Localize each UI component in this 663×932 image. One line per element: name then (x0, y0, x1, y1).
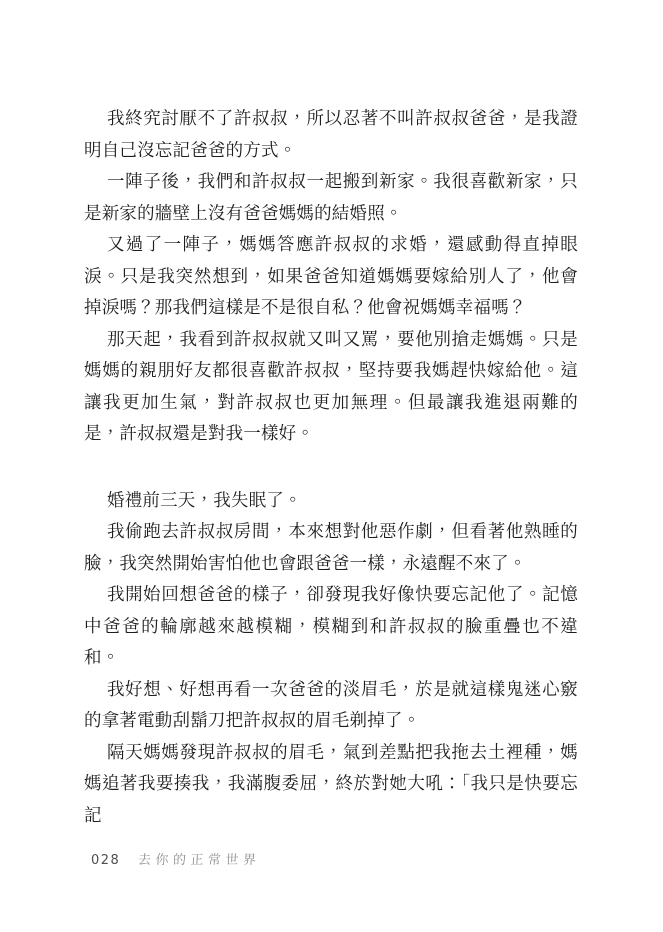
paragraph: 我偷跑去許叔叔房間，本來想對他惡作劇，但看著他熟睡的臉，我突然開始害怕他也會跟爸… (84, 517, 578, 580)
body-text: 我終究討厭不了許叔叔，所以忍著不叫許叔叔爸爸，是我證明自己沒忘記爸爸的方式。 一… (84, 104, 578, 832)
paragraph: 那天起，我看到許叔叔就又叫又罵，要他別搶走媽媽。只是媽媽的親朋好友都很喜歡許叔叔… (84, 325, 578, 451)
paragraph: 一陣子後，我們和許叔叔一起搬到新家。我很喜歡新家，只是新家的牆壁上沒有爸爸媽媽的… (84, 167, 578, 230)
page-footer: 028 去你的正常世界 (91, 849, 261, 868)
paragraph: 又過了一陣子，媽媽答應許叔叔的求婚，還感動得直掉眼淚。只是我突然想到，如果爸爸知… (84, 230, 578, 325)
book-title: 去你的正常世界 (138, 849, 262, 868)
paragraph-section-start: 婚禮前三天，我失眠了。 (84, 486, 578, 518)
paragraph: 我好想、好想再看一次爸爸的淡眉毛，於是就這樣鬼迷心竅的拿著電動刮鬍刀把許叔叔的眉… (84, 675, 578, 738)
paragraph: 我開始回想爸爸的樣子，卻發現我好像快要忘記他了。記憶中爸爸的輪廓越來越模糊，模糊… (84, 580, 578, 675)
paragraph: 隔天媽媽發現許叔叔的眉毛，氣到差點把我拖去土裡種，媽媽追著我要揍我，我滿腹委屈，… (84, 738, 578, 833)
paragraph: 我終究討厭不了許叔叔，所以忍著不叫許叔叔爸爸，是我證明自己沒忘記爸爸的方式。 (84, 104, 578, 167)
page-number: 028 (91, 853, 120, 868)
book-page: 我終究討厭不了許叔叔，所以忍著不叫許叔叔爸爸，是我證明自己沒忘記爸爸的方式。 一… (0, 0, 663, 932)
